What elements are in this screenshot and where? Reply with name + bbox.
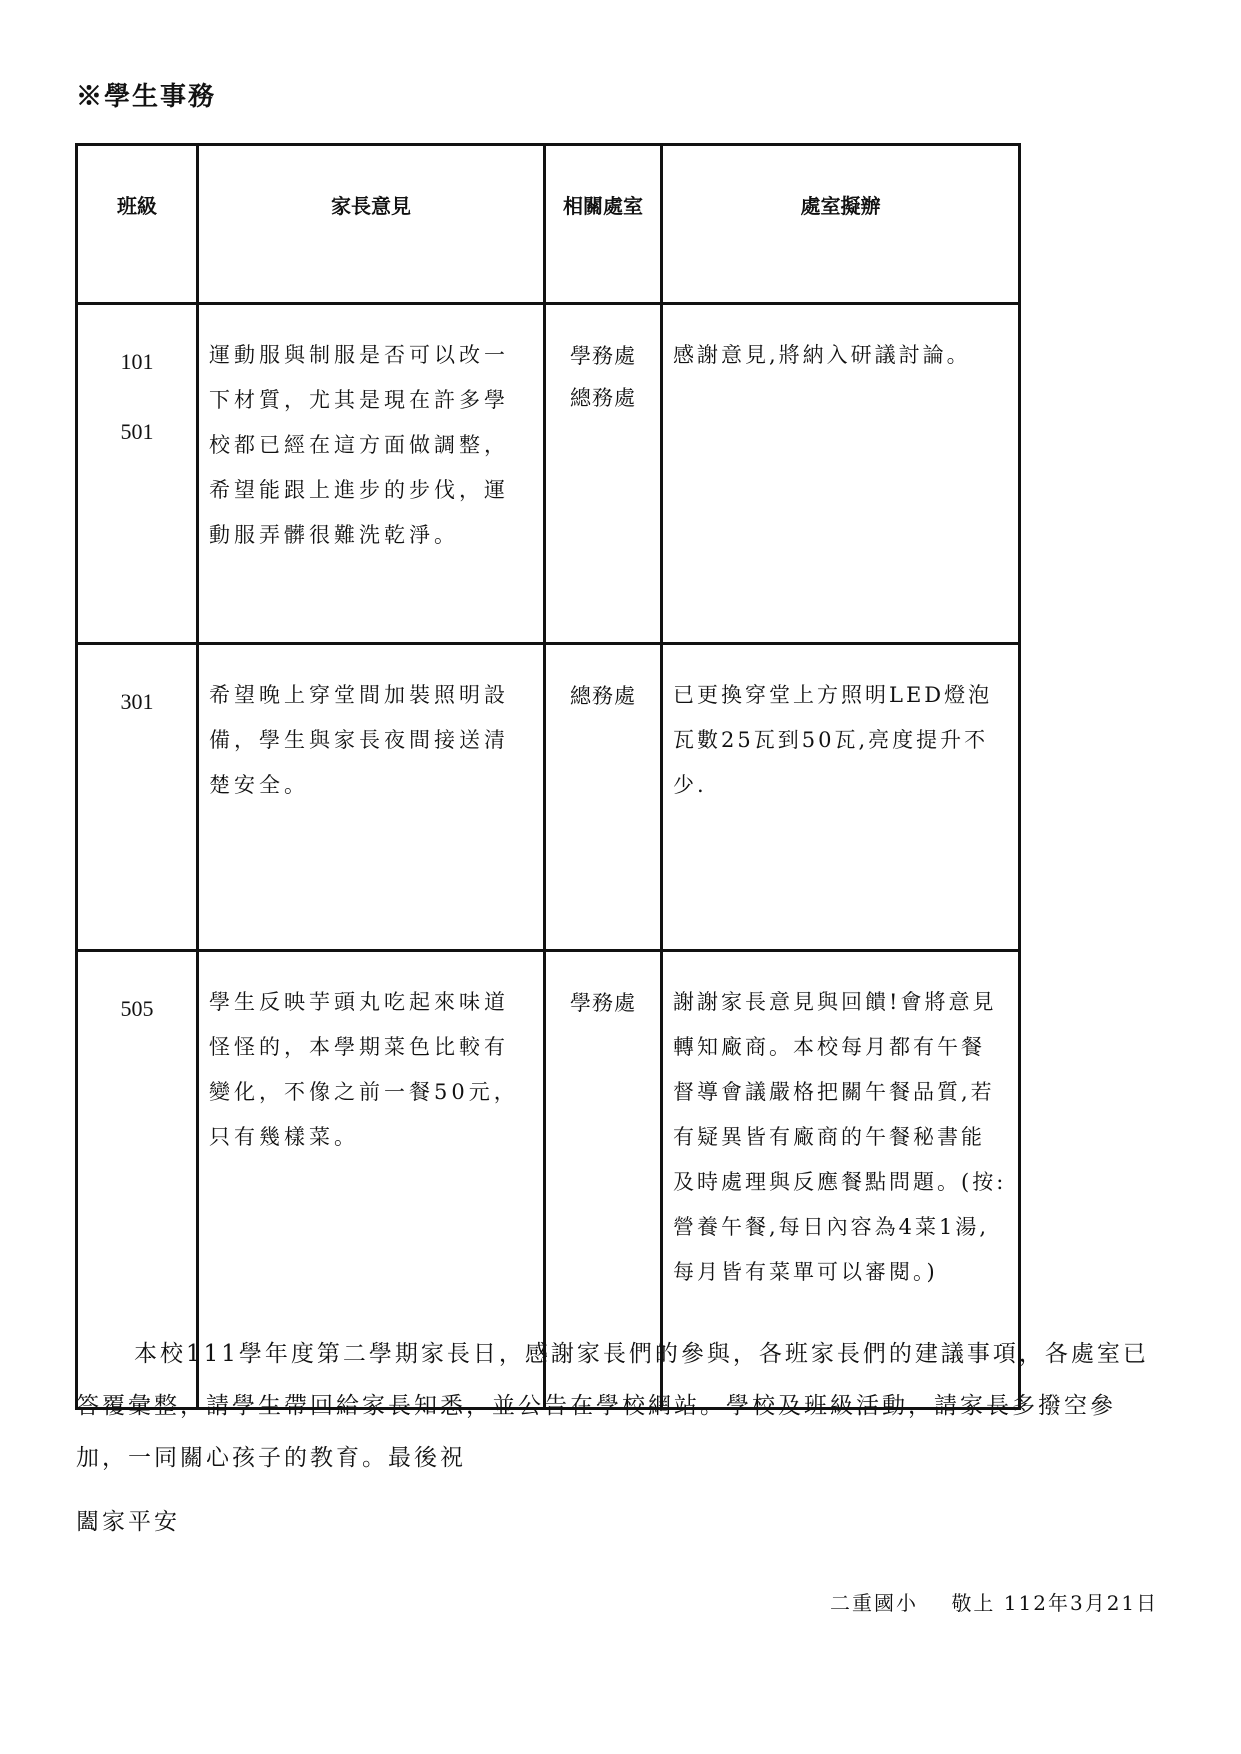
table-row: 301 希望晚上穿堂間加裝照明設備，學生與家長夜間接送清楚安全。 總務處 已更換… xyxy=(77,644,1020,951)
department-name: 總務處 xyxy=(546,377,660,419)
closing-paragraph: 本校111學年度第二學期家長日，感謝家長們的參與，各班家長們的建議事項，各處室已… xyxy=(76,1328,1166,1484)
response-cell: 已更換穿堂上方照明LED燈泡瓦數25瓦到50瓦,亮度提升不少. xyxy=(662,644,1020,951)
department-name: 學務處 xyxy=(546,335,660,377)
table-row: 101 501 運動服與制服是否可以改一下材質，尤其是現在許多學校都已經在這方面… xyxy=(77,304,1020,644)
date: 112年3月21日 xyxy=(1004,1591,1158,1615)
blessing-line: 闔家平安 xyxy=(76,1503,180,1536)
header-response: 處室擬辦 xyxy=(662,145,1020,304)
class-number: 505 xyxy=(78,974,196,1044)
department-name: 學務處 xyxy=(546,982,660,1024)
response-cell: 感謝意見,將納入研議討論。 xyxy=(662,304,1020,644)
class-cell: 301 xyxy=(77,644,198,951)
department-cell: 總務處 xyxy=(545,644,662,951)
class-number: 301 xyxy=(78,667,196,737)
table-header-row: 班級 家長意見 相關處室 處室擬辦 xyxy=(77,145,1020,304)
school-name: 二重國小 xyxy=(830,1591,918,1615)
class-cell: 101 501 xyxy=(77,304,198,644)
salutation: 敬上 xyxy=(951,1591,995,1615)
class-number: 501 xyxy=(78,397,196,467)
header-class: 班級 xyxy=(77,145,198,304)
signature-line: 二重國小 敬上 112年3月21日 xyxy=(830,1587,1158,1616)
opinion-cell: 希望晚上穿堂間加裝照明設備，學生與家長夜間接送清楚安全。 xyxy=(198,644,545,951)
opinion-cell: 運動服與制服是否可以改一下材質，尤其是現在許多學校都已經在這方面做調整，希望能跟… xyxy=(198,304,545,644)
section-title: ※學生事務 xyxy=(76,76,216,113)
header-department: 相關處室 xyxy=(545,145,662,304)
feedback-table: 班級 家長意見 相關處室 處室擬辦 101 501 運動服與制服是否可以改一下材… xyxy=(75,143,1021,1410)
class-number: 101 xyxy=(78,327,196,397)
department-name: 總務處 xyxy=(546,675,660,717)
header-opinion: 家長意見 xyxy=(198,145,545,304)
department-cell: 學務處 總務處 xyxy=(545,304,662,644)
